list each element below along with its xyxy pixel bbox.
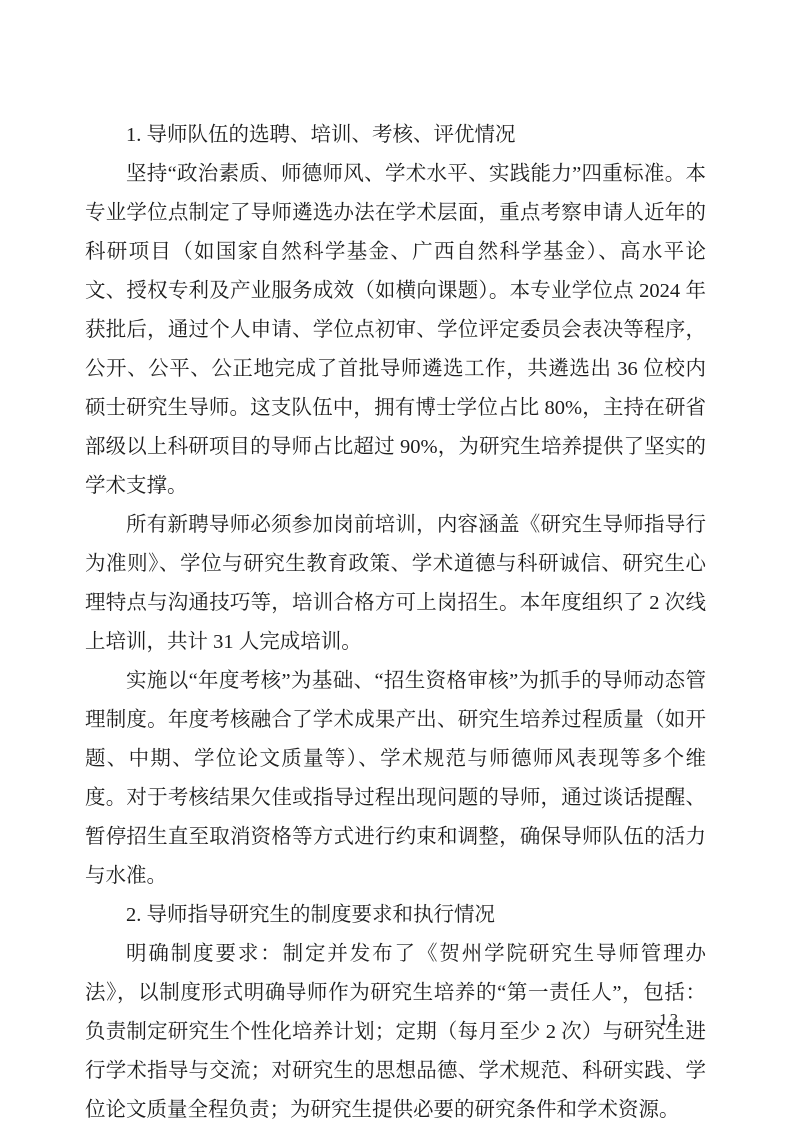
body-paragraph-pre-post-training: 所有新聘导师必须参加岗前培训，内容涵盖《研究生导师指导行为准则》、学位与研究生教…	[85, 506, 706, 662]
page-number: - 13 -	[645, 1008, 694, 1032]
body-paragraph-advisor-system-requirements: 明确制度要求：制定并发布了《贺州学院研究生导师管理办法》，以制度形式明确导师作为…	[85, 935, 706, 1123]
section-heading-1: 1. 导师队伍的选聘、培训、考核、评优情况	[85, 116, 706, 155]
document-page: 1. 导师队伍的选聘、培训、考核、评优情况 坚持“政治素质、师德师风、学术水平、…	[0, 0, 794, 1123]
section-heading-2: 2. 导师指导研究生的制度要求和执行情况	[85, 896, 706, 935]
document-body: 1. 导师队伍的选聘、培训、考核、评优情况 坚持“政治素质、师德师风、学术水平、…	[85, 116, 706, 1123]
body-paragraph-advisor-selection: 坚持“政治素质、师德师风、学术水平、实践能力”四重标准。本专业学位点制定了导师遴…	[85, 155, 706, 506]
body-paragraph-annual-assessment: 实施以“年度考核”为基础、“招生资格审核”为抓手的导师动态管理制度。年度考核融合…	[85, 662, 706, 896]
